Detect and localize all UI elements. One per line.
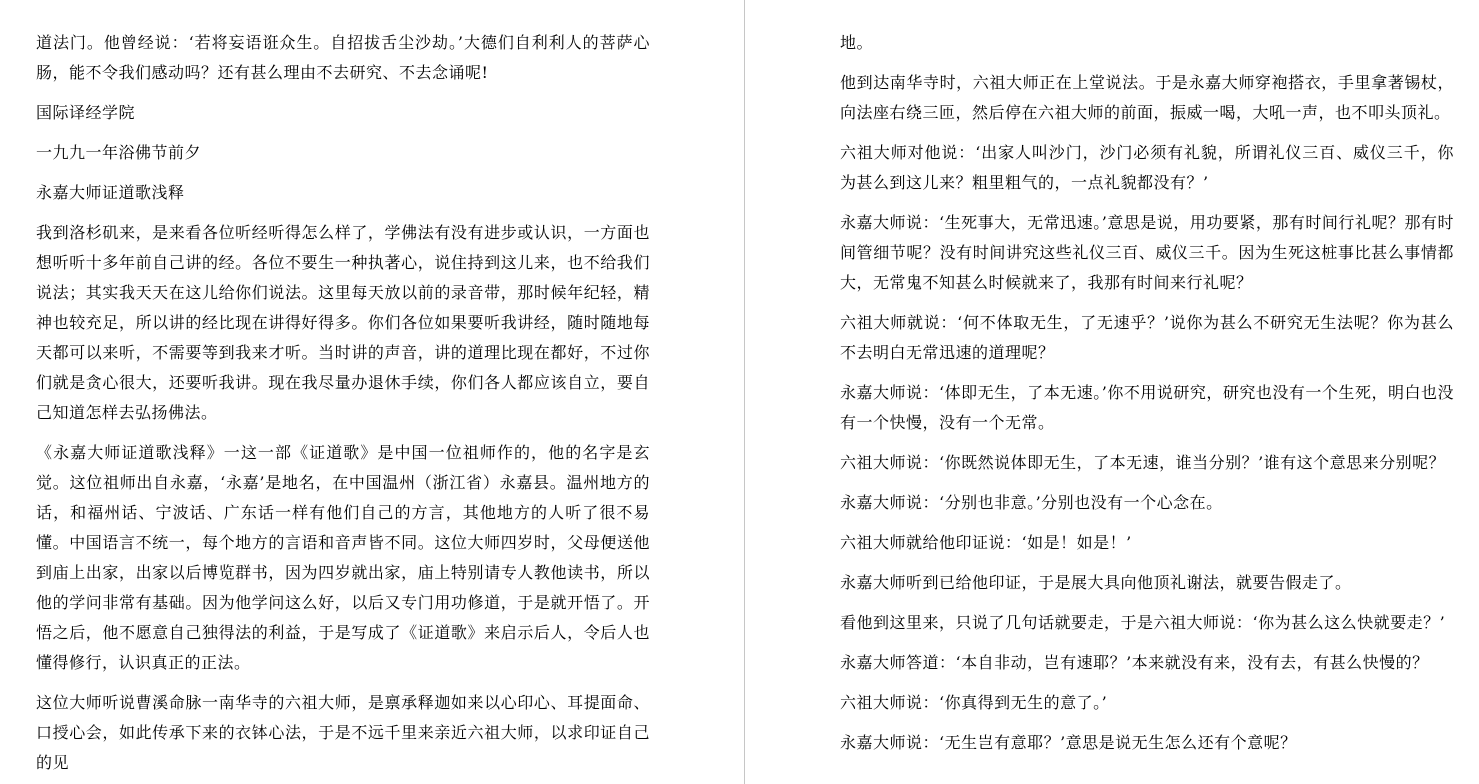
paragraph: 六祖大师就说：‘何不体取无生，了无速乎？’说你为甚么不研究无生法呢？你为甚么不去… [840, 308, 1454, 368]
paragraph: 六祖大师就给他印证说：‘如是！如是！’ [840, 528, 1454, 558]
paragraph: 永嘉大师说：‘生死事大，无常迅速。’意思是说，用功要紧，那有时间行礼呢？那有时间… [840, 208, 1454, 298]
paragraph: 看他到这里来，只说了几句话就要走，于是六祖大师说：‘你为甚么这么快就要走？’ [840, 608, 1454, 638]
paragraph: 国际译经学院 [36, 98, 650, 128]
paragraph: 六祖大师说：‘你真得到无生的意了。’ [840, 688, 1454, 718]
paragraph: 六祖大师说：‘你既然说体即无生，了本无速，谁当分别？’谁有这个意思来分别呢？ [840, 448, 1454, 478]
page-divider [744, 0, 745, 784]
page-right: 地。 他到达南华寺时，六祖大师正在上堂说法。于是永嘉大师穿袍搭衣，手里拿著锡杖，… [840, 28, 1454, 758]
document-viewer: 道法门。他曾经说：‘若将妄语诳众生。自招拔舌尘沙劫。’大德们自利利人的菩萨心肠，… [0, 0, 1479, 784]
paragraph: 他到达南华寺时，六祖大师正在上堂说法。于是永嘉大师穿袍搭衣，手里拿著锡杖，向法座… [840, 68, 1454, 128]
paragraph: 我到洛杉矶来，是来看各位听经听得怎么样了，学佛法有没有进步或认识，一方面也想听听… [36, 218, 650, 428]
paragraph: 永嘉大师听到已给他印证，于是展大具向他顶礼谢法，就要告假走了。 [840, 568, 1454, 598]
paragraph: 永嘉大师说：‘体即无生，了本无速。’你不用说研究，研究也没有一个生死，明白也没有… [840, 378, 1454, 438]
paragraph: 《永嘉大师证道歌浅释》一这一部《证道歌》是中国一位祖师作的，他的名字是玄觉。这位… [36, 438, 650, 678]
page-left: 道法门。他曾经说：‘若将妄语诳众生。自招拔舌尘沙劫。’大德们自利利人的菩萨心肠，… [36, 28, 650, 778]
paragraph: 道法门。他曾经说：‘若将妄语诳众生。自招拔舌尘沙劫。’大德们自利利人的菩萨心肠，… [36, 28, 650, 88]
paragraph: 一九九一年浴佛节前夕 [36, 138, 650, 168]
paragraph: 永嘉大师答道：‘本自非动，岂有速耶？’本来就没有来，没有去，有甚么快慢的？ [840, 648, 1454, 678]
paragraph: 永嘉大师证道歌浅释 [36, 178, 650, 208]
paragraph: 地。 [840, 28, 1454, 58]
paragraph: 永嘉大师说：‘分别也非意。’分别也没有一个心念在。 [840, 488, 1454, 518]
paragraph: 这位大师听说曹溪命脉一南华寺的六祖大师，是禀承释迦如来以心印心、耳提面命、口授心… [36, 688, 650, 778]
paragraph: 永嘉大师说：‘无生岂有意耶？’意思是说无生怎么还有个意呢？ [840, 728, 1454, 758]
paragraph: 六祖大师对他说：‘出家人叫沙门，沙门必须有礼貌，所谓礼仪三百、威仪三千，你为甚么… [840, 138, 1454, 198]
